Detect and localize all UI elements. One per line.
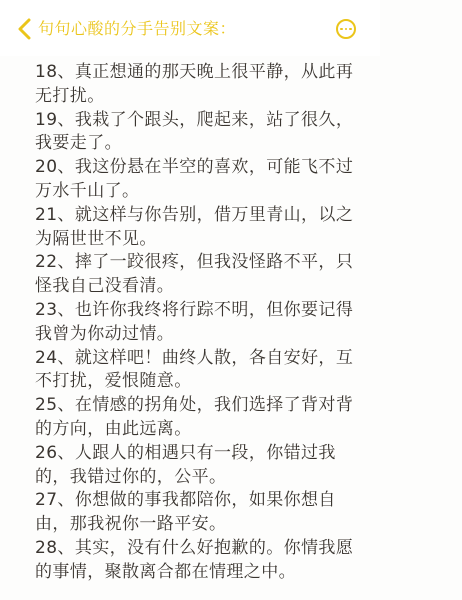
list-item: 28、其实，没有什么好抱歉的。你情我愿的事情，聚散离合都在情理之中。	[35, 537, 355, 585]
list-item: 22、摔了一跤很疼，但我没怪路不平，只怪我自己没看清。	[35, 251, 355, 299]
list-item: 20、我这份悬在半空的喜欢，可能飞不过万水千山了。	[35, 156, 355, 204]
list-item: 25、在情感的拐角处，我们选择了背对背的方向，由此远离。	[35, 394, 355, 442]
more-circle-icon	[340, 28, 343, 31]
more-dot	[349, 28, 352, 31]
list-item: 24、就这样吧！曲终人散，各自安好，互不打扰，爱恨随意。	[35, 347, 355, 395]
more-options-button[interactable]	[336, 19, 356, 39]
page-title: 句句心酸的分手告别文案：	[38, 17, 236, 41]
list-item: 18、真正想通的那天晚上很平静，从此再无打扰。	[35, 61, 355, 109]
list-item: 19、我栽了个跟头，爬起来，站了很久，我要走了。	[35, 109, 355, 157]
nav-header: 句句心酸的分手告别文案：	[0, 0, 380, 56]
list-item: 27、你想做的事我都陪你，如果你想自由，那我祝你一路平安。	[35, 489, 355, 537]
more-dot	[345, 28, 348, 31]
note-body: 18、真正想通的那天晚上很平静，从此再无打扰。 19、我栽了个跟头，爬起来，站了…	[35, 61, 355, 585]
chevron-left-icon	[16, 18, 34, 40]
list-item: 21、就这样与你告别，借万里青山，以之为隔世世不见。	[35, 204, 355, 252]
list-item: 26、人跟人的相遇只有一段，你错过我的，我错过你的，公平。	[35, 442, 355, 490]
list-item: 23、也许你我终将行踪不明，但你要记得我曾为你动过情。	[35, 299, 355, 347]
back-button[interactable]	[16, 18, 34, 40]
